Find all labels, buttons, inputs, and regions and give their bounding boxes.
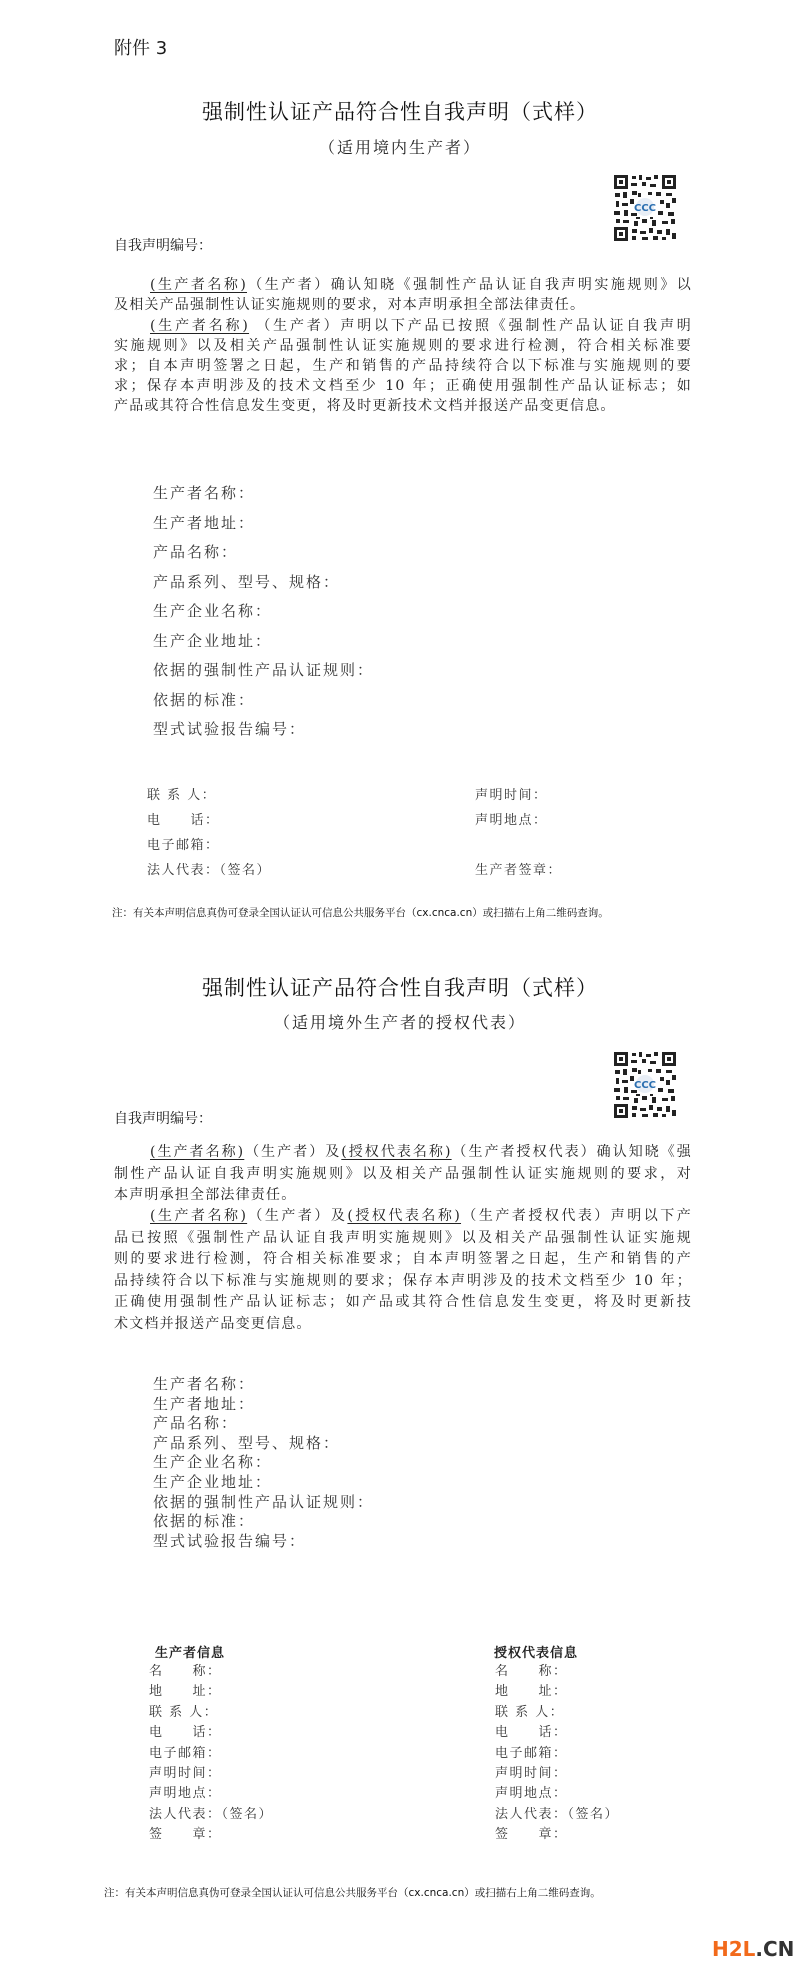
field-product-name: 产品名称：: [153, 1414, 374, 1434]
declaration-number-label-2: 自我声明编号：: [114, 1108, 212, 1128]
watermark-part-1: H2L: [712, 1937, 755, 1961]
producer-address-label: 地 址：: [149, 1682, 273, 1702]
field-manufacturer-address: 生产企业地址：: [153, 1473, 374, 1493]
representative-name-placeholder: (授权代表名称): [341, 1144, 451, 1160]
declaration-number-label: 自我声明编号：: [114, 235, 212, 255]
field-manufacturer-address: 生产企业地址：: [153, 630, 374, 660]
paragraph-line: 产品或其符合性信息发生变更，将及时更新技术文档并报送产品变更信息。: [114, 396, 692, 416]
producer-seal-label: 签 章：: [149, 1825, 273, 1845]
rep-contact-label: 联 系 人：: [495, 1703, 619, 1723]
contact-left-column: 联 系 人： 电 话： 电子邮箱： 法人代表：（签名）: [147, 783, 271, 883]
paragraph-line: 及相关产品强制性认证实施规则的要求，对本声明承担全部法律责任。: [114, 295, 692, 315]
paragraph-line: 求；自本声明签署之日起，生产和销售的产品持续符合以下标准与实施规则的要: [114, 356, 692, 376]
svg-text:CCC: CCC: [634, 203, 656, 214]
rep-name-label: 名 称：: [495, 1662, 619, 1682]
paragraph-line: 实施规则》以及相关产品强制性认证实施规则的要求进行检测，符合相关标准要: [114, 336, 692, 356]
producer-name-placeholder: (生产者名称): [150, 1144, 244, 1160]
rep-phone-label: 电 话：: [495, 1723, 619, 1743]
producer-name-label: 名 称：: [149, 1662, 273, 1682]
verification-note: 注：有关本声明信息真伪可登录全国认证认可信息公共服务平台（cx.cnca.cn）…: [112, 905, 609, 920]
field-product-series-model: 产品系列、型号、规格：: [153, 571, 374, 601]
producer-phone-label: 电 话：: [149, 1723, 273, 1743]
producer-legal-rep-label: 法人代表：（签名）: [149, 1805, 273, 1825]
qr-code-graphic: CCC: [612, 1050, 678, 1120]
paragraph-line: (生产者名称)（生产者）及(授权代表名称)（生产者授权代表）确认知晓《强: [114, 1142, 692, 1164]
producer-seal-label: 生产者签章：: [475, 858, 562, 883]
paragraph-line: (生产者名称)（生产者）及(授权代表名称)（生产者授权代表）声明以下产: [114, 1206, 692, 1228]
paragraph-line: 品已按照《强制性产品认证自我声明实施规则》以及相关产品强制性认证实施规: [114, 1228, 692, 1250]
representative-info-heading: 授权代表信息: [494, 1642, 578, 1661]
page-title: 强制性认证产品符合性自我声明（式样）: [0, 96, 800, 126]
declaration-paragraph-2-1: (生产者名称)（生产者）及(授权代表名称)（生产者授权代表）确认知晓《强 制性产…: [114, 1142, 692, 1207]
paragraph-line: 品持续符合以下标准与实施规则的要求；保存本声明涉及的技术文档至少 10 年；: [114, 1271, 692, 1293]
phone-label: 电 话：: [147, 808, 271, 833]
field-manufacturer-name: 生产企业名称：: [153, 1453, 374, 1473]
producer-info-list: 名 称： 地 址： 联 系 人： 电 话： 电子邮箱： 声明时间： 声明地点： …: [149, 1662, 273, 1846]
qr-code-ccc-icon[interactable]: CCC: [612, 173, 678, 243]
producer-decl-place-label: 声明地点：: [149, 1784, 273, 1804]
page-title-2: 强制性认证产品符合性自我声明（式样）: [0, 972, 800, 1002]
empty-row: [475, 833, 562, 858]
watermark-part-2: .CN: [755, 1937, 794, 1961]
field-certification-rules: 依据的强制性产品认证规则：: [153, 1493, 374, 1513]
producer-info-heading: 生产者信息: [155, 1642, 225, 1661]
rep-legal-rep-label: 法人代表：（签名）: [495, 1805, 619, 1825]
rep-decl-place-label: 声明地点：: [495, 1784, 619, 1804]
rep-decl-time-label: 声明时间：: [495, 1764, 619, 1784]
field-producer-address: 生产者地址：: [153, 1395, 374, 1415]
field-product-series-model: 产品系列、型号、规格：: [153, 1434, 374, 1454]
representative-name-placeholder: (授权代表名称): [347, 1208, 461, 1224]
paragraph-line: 本声明承担全部法律责任。: [114, 1185, 692, 1207]
svg-text:CCC: CCC: [634, 1080, 656, 1091]
field-product-name: 产品名称：: [153, 541, 374, 571]
producer-name-placeholder: (生产者名称): [150, 318, 249, 334]
paragraph-line: (生产者名称) （生产者）声明以下产品已按照《强制性产品认证自我声明: [114, 316, 692, 336]
contact-person-label: 联 系 人：: [147, 783, 271, 808]
paragraph-line: 制性产品认证自我声明实施规则》以及相关产品强制性认证实施规则的要求，对: [114, 1164, 692, 1186]
product-fields-list-2: 生产者名称： 生产者地址： 产品名称： 产品系列、型号、规格： 生产企业名称： …: [153, 1375, 374, 1551]
paragraph-line: 求；保存本声明涉及的技术文档至少 10 年；正确使用强制性产品认证标志；如: [114, 376, 692, 396]
producer-decl-time-label: 声明时间：: [149, 1764, 273, 1784]
rep-seal-label: 签 章：: [495, 1825, 619, 1845]
field-producer-name: 生产者名称：: [153, 482, 374, 512]
field-certification-rules: 依据的强制性产品认证规则：: [153, 659, 374, 689]
paragraph-line: (生产者名称)（生产者）确认知晓《强制性产品认证自我声明实施规则》以: [114, 275, 692, 295]
qr-code-graphic: CCC: [612, 173, 678, 243]
field-producer-address: 生产者地址：: [153, 512, 374, 542]
rep-address-label: 地 址：: [495, 1682, 619, 1702]
field-standards: 依据的标准：: [153, 1512, 374, 1532]
rep-email-label: 电子邮箱：: [495, 1744, 619, 1764]
verification-note-2: 注：有关本声明信息真伪可登录全国认证认可信息公共服务平台（cx.cnca.cn）…: [104, 1885, 601, 1900]
field-test-report-number: 型式试验报告编号：: [153, 1532, 374, 1552]
declaration-time-label: 声明时间：: [475, 783, 562, 808]
paragraph-line: 正确使用强制性产品认证标志；如产品或其符合性信息发生变更，将及时更新技: [114, 1292, 692, 1314]
representative-info-list: 名 称： 地 址： 联 系 人： 电 话： 电子邮箱： 声明时间： 声明地点： …: [495, 1662, 619, 1846]
contact-right-column: 声明时间： 声明地点： 生产者签章：: [475, 783, 562, 883]
declaration-paragraph-2-2: (生产者名称)（生产者）及(授权代表名称)（生产者授权代表）声明以下产 品已按照…: [114, 1206, 692, 1335]
watermark-logo: H2L.CN: [712, 1937, 794, 1961]
legal-rep-signature-label: 法人代表：（签名）: [147, 858, 271, 883]
field-standards: 依据的标准：: [153, 689, 374, 719]
declaration-paragraph-2: (生产者名称) （生产者）声明以下产品已按照《强制性产品认证自我声明 实施规则》…: [114, 316, 692, 416]
email-label: 电子邮箱：: [147, 833, 271, 858]
paragraph-line: 则的要求进行检测，符合相关标准要求；自本声明签署之日起，生产和销售的产: [114, 1249, 692, 1271]
attachment-label: 附件 3: [114, 34, 167, 60]
product-fields-list: 生产者名称： 生产者地址： 产品名称： 产品系列、型号、规格： 生产企业名称： …: [153, 482, 374, 748]
declaration-paragraph-1: (生产者名称)（生产者）确认知晓《强制性产品认证自我声明实施规则》以 及相关产品…: [114, 275, 692, 315]
page-subtitle-2: （适用境外生产者的授权代表）: [0, 1010, 800, 1033]
producer-name-placeholder: (生产者名称): [150, 277, 247, 293]
producer-contact-label: 联 系 人：: [149, 1703, 273, 1723]
field-test-report-number: 型式试验报告编号：: [153, 718, 374, 748]
producer-name-placeholder: (生产者名称): [150, 1208, 247, 1224]
declaration-place-label: 声明地点：: [475, 808, 562, 833]
paragraph-line: 术文档并报送产品变更信息。: [114, 1314, 692, 1336]
field-producer-name: 生产者名称：: [153, 1375, 374, 1395]
page-subtitle: （适用境内生产者）: [0, 135, 800, 158]
field-manufacturer-name: 生产企业名称：: [153, 600, 374, 630]
producer-email-label: 电子邮箱：: [149, 1744, 273, 1764]
qr-code-ccc-icon[interactable]: CCC: [612, 1050, 678, 1120]
